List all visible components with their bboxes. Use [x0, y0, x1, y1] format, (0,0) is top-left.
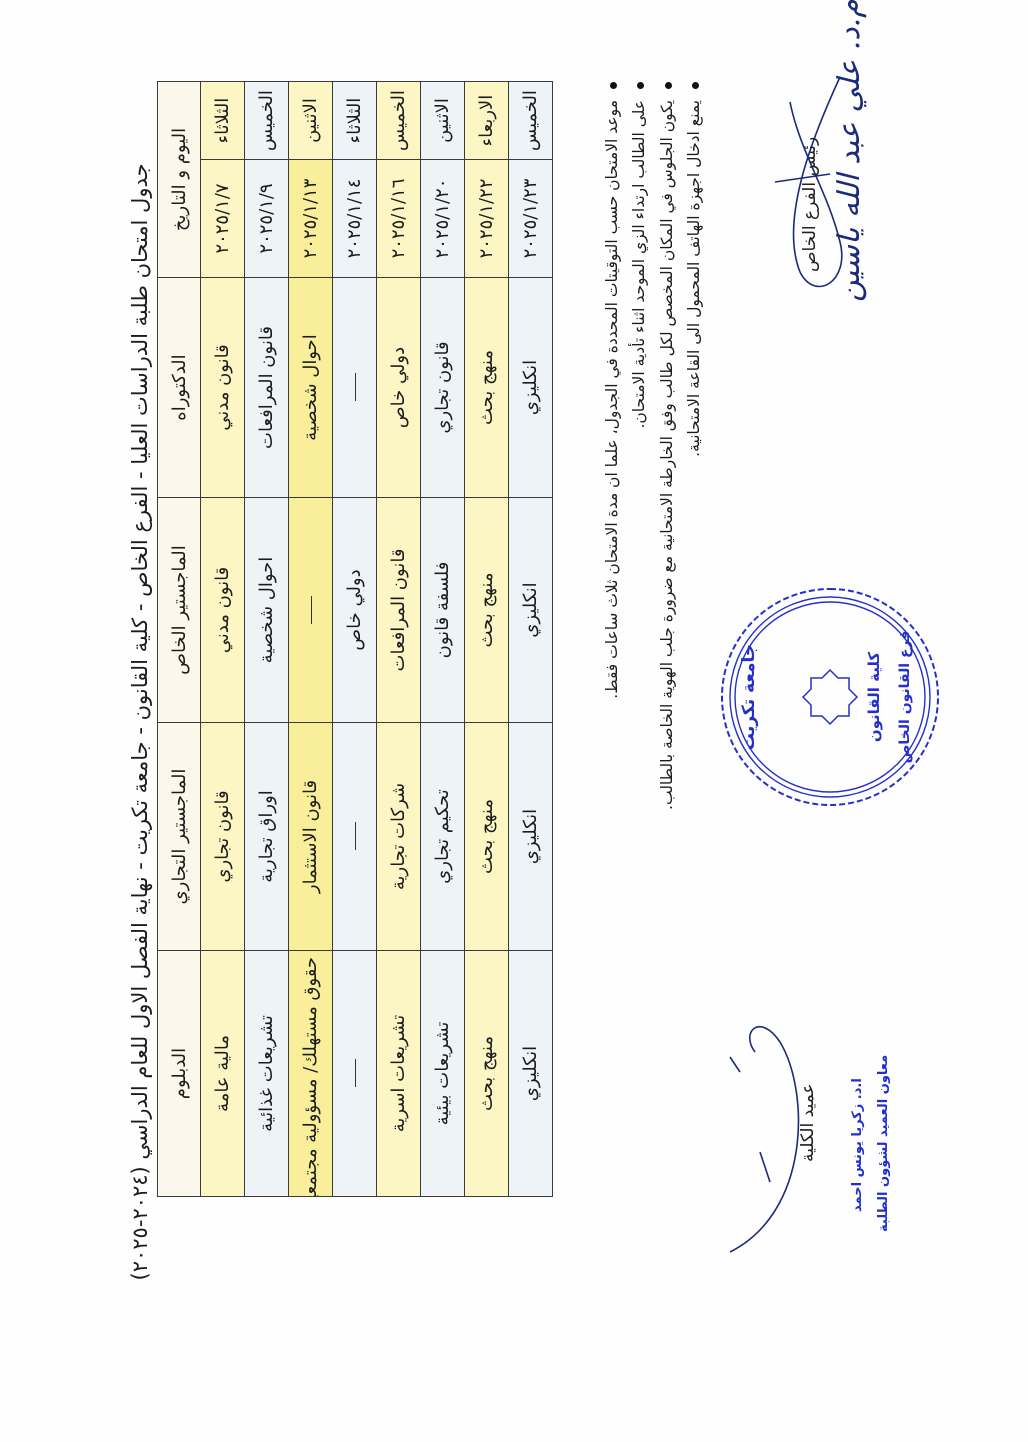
table-row: الاثنين٢٠٢٥/١/١٣احوال شخصيةقانون الاستثم… [289, 82, 333, 1197]
dean-name: ا.د. زكريا يونس احمد [850, 1078, 865, 1212]
dean-role: معاون العميد لشؤون الطلبة [876, 1055, 891, 1232]
dean-title: عميد الكلية [798, 1083, 818, 1162]
cell-diploma: منهج بحث [465, 951, 509, 1197]
cell-commercial-masters: قانون تجاري [201, 723, 245, 951]
note-item: يمنع ادخال اجهزة الهاتف المحمول الى القا… [681, 82, 709, 722]
table-header-row: اليوم و التاريخ الدكتوراه الماجستير الخا… [158, 82, 201, 1197]
table-row: الثلاثاء٢٠٢٥/١/٧قانون مدنيقانون مدنيقانو… [201, 82, 245, 1197]
cell-date: ٢٠٢٥/١/٢٠ [421, 160, 465, 278]
dean-signature-block: عميد الكلية ا.د. زكريا يونس احمد معاون ا… [700, 972, 930, 1272]
cell-diploma: مالية عامة [201, 951, 245, 1197]
cell-commercial-masters: قانون الاستثمار [289, 723, 333, 951]
cell-date: ٢٠٢٥/١/١٦ [377, 160, 421, 278]
note-item: على الطالب ارتداء الزي الموحد اثناء تأدي… [626, 82, 654, 722]
stamp-middle-text: كلية القانون [865, 582, 883, 812]
empty-dash [311, 596, 312, 624]
cell-commercial-masters [333, 723, 377, 951]
cell-diploma: تشريعات غذائية [245, 951, 289, 1197]
cell-special-masters [289, 498, 333, 723]
cell-phd: منهج بحث [465, 278, 509, 498]
table-row: الاربعاء٢٠٢٥/١/٢٢منهج بحثمنهج بحثمنهج بح… [465, 82, 509, 1197]
note-item: يكون الجلوس في المكان المخصص لكل طالب وف… [654, 82, 682, 722]
signature-scribble-icon [700, 972, 810, 1272]
cell-day: الاثنين [289, 82, 333, 160]
branch-head-handwritten-name: أ.م.د. علي عبد الله ياسين [832, 0, 867, 302]
table-row: الثلاثاء٢٠٢٥/١/١٤دولي خاص [333, 82, 377, 1197]
cell-commercial-masters: منهج بحث [465, 723, 509, 951]
cell-day: الاثنين [421, 82, 465, 160]
cell-phd [333, 278, 377, 498]
cell-diploma [333, 951, 377, 1197]
cell-commercial-masters: اوراق تجارية [245, 723, 289, 951]
branch-head-signature-block: رئيس الفرع الخاص أ.م.د. علي عبد الله ياس… [780, 62, 980, 302]
cell-date: ٢٠٢٥/١/٩ [245, 160, 289, 278]
cell-diploma: حقوق مستهلك/ مسؤولية مجتمعية [289, 951, 333, 1197]
cell-special-masters: انكليزي [509, 498, 553, 723]
page-title: جدول امتحان طلبة الدراسات العليا - الفرع… [128, 62, 152, 1382]
cell-commercial-masters: تحكيم تجاري [421, 723, 465, 951]
cell-special-masters: منهج بحث [465, 498, 509, 723]
cell-special-masters: دولي خاص [333, 498, 377, 723]
empty-dash [355, 374, 356, 402]
header-commercial-masters: الماجستير التجاري [158, 723, 201, 951]
college-stamp: جامعة تكريت كلية القانون فرع القانون الخ… [715, 582, 945, 812]
empty-dash [355, 823, 356, 851]
cell-day: الثلاثاء [201, 82, 245, 160]
exam-schedule-page: جدول امتحان طلبة الدراسات العليا - الفرع… [0, 0, 1028, 1442]
cell-phd: قانون المرافعات [245, 278, 289, 498]
branch-head-title: رئيس الفرع الخاص [800, 137, 820, 272]
table-row: الخميس٢٠٢٥/١/٢٣انكليزيانكليزيانكليزيانكل… [509, 82, 553, 1197]
cell-special-masters: قانون مدني [201, 498, 245, 723]
cell-diploma: تشريعات بيئية [421, 951, 465, 1197]
cell-date: ٢٠٢٥/١/٧ [201, 160, 245, 278]
stamp-top-text: جامعة تكريت [739, 582, 759, 812]
empty-dash [355, 1060, 356, 1088]
cell-day: الثلاثاء [333, 82, 377, 160]
cell-special-masters: احوال شخصية [245, 498, 289, 723]
cell-phd: انكليزي [509, 278, 553, 498]
header-diploma: الدبلوم [158, 951, 201, 1197]
table-row: الخميس٢٠٢٥/١/٩قانون المرافعاتاحوال شخصية… [245, 82, 289, 1197]
cell-date: ٢٠٢٥/١/٢٣ [509, 160, 553, 278]
cell-commercial-masters: انكليزي [509, 723, 553, 951]
cell-phd: دولي خاص [377, 278, 421, 498]
cell-commercial-masters: شركات تجارية [377, 723, 421, 951]
stamp-bottom-text: فرع القانون الخاص [897, 582, 913, 812]
table-row: الخميس٢٠٢٥/١/١٦دولي خاصقانون المرافعاتشر… [377, 82, 421, 1197]
cell-date: ٢٠٢٥/١/٢٢ [465, 160, 509, 278]
exam-instructions-list: موعد الامتحان حسب التوقيتات المحددة في ا… [599, 42, 709, 722]
cell-date: ٢٠٢٥/١/١٣ [289, 160, 333, 278]
header-special-masters: الماجستير الخاص [158, 498, 201, 723]
cell-phd: قانون مدني [201, 278, 245, 498]
header-day-date: اليوم و التاريخ [158, 82, 201, 278]
cell-day: الخميس [377, 82, 421, 160]
cell-date: ٢٠٢٥/١/١٤ [333, 160, 377, 278]
cell-phd: قانون تجاري [421, 278, 465, 498]
cell-special-masters: فلسفة قانون [421, 498, 465, 723]
cell-day: الاربعاء [465, 82, 509, 160]
cell-special-masters: قانون المرافعات [377, 498, 421, 723]
cell-day: الخميس [245, 82, 289, 160]
cell-diploma: انكليزي [509, 951, 553, 1197]
cell-phd: احوال شخصية [289, 278, 333, 498]
header-phd: الدكتوراه [158, 278, 201, 498]
cell-diploma: تشريعات اسرية [377, 951, 421, 1197]
note-item: موعد الامتحان حسب التوقيتات المحددة في ا… [599, 82, 627, 722]
cell-day: الخميس [509, 82, 553, 160]
table-row: الاثنين٢٠٢٥/١/٢٠قانون تجاريفلسفة قانونتح… [421, 82, 465, 1197]
exam-schedule-table: اليوم و التاريخ الدكتوراه الماجستير الخا… [157, 81, 553, 1197]
